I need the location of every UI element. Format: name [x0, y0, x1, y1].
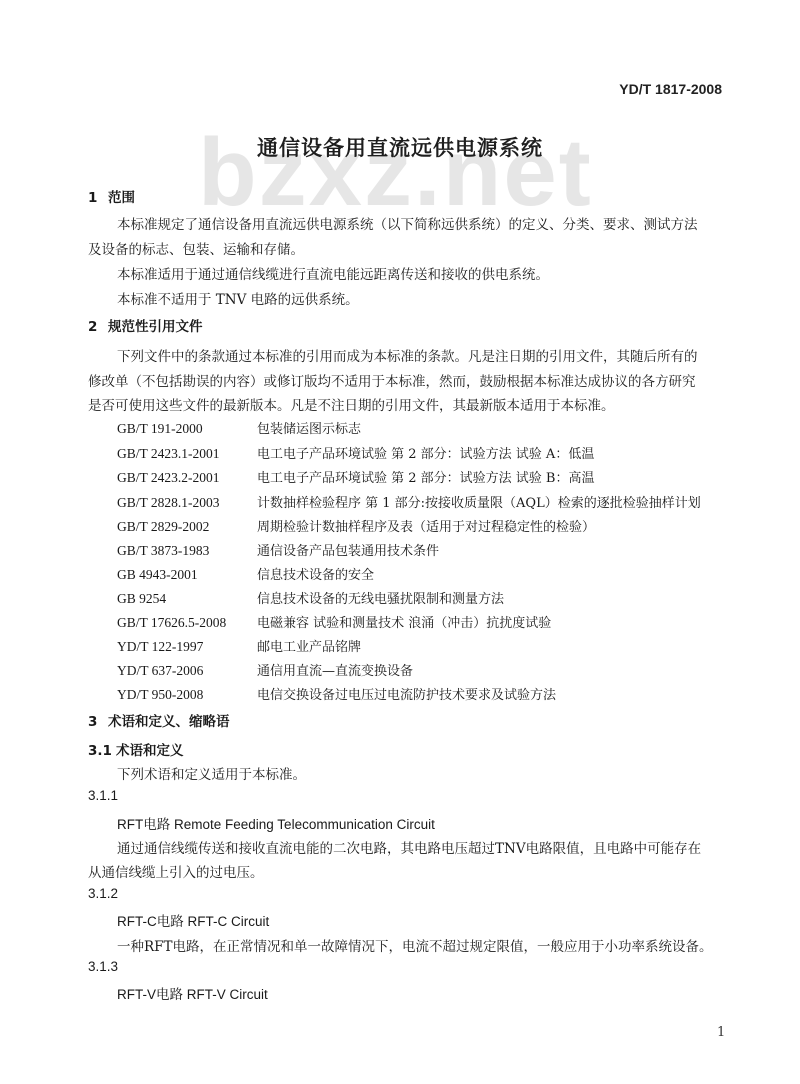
paragraph: 下列术语和定义适用于本标准。	[117, 763, 306, 783]
reference-row: GB/T 191-2000包装储运图示标志	[117, 418, 361, 437]
paragraph: 及设备的标志、包装、运输和存储。	[88, 238, 304, 258]
reference-code: YD/T 637-2006	[117, 663, 257, 679]
reference-code: GB/T 17626.5-2008	[117, 615, 257, 631]
reference-row: GB/T 17626.5-2008电磁兼容 试验和测量技术 浪涌（冲击）抗扰度试…	[117, 612, 551, 631]
reference-row: GB 9254信息技术设备的无线电骚扰限制和测量方法	[117, 588, 504, 607]
reference-row: GB/T 2423.2-2001电工电子产品环境试验 第 2 部分：试验方法 试…	[117, 467, 595, 486]
reference-title: 电信交换设备过电压过电流防护技术要求及试验方法	[257, 684, 556, 703]
section-2-heading: 2规范性引用文件	[88, 315, 203, 335]
reference-title: 周期检验计数抽样程序及表（适用于对过程稳定性的检验）	[257, 516, 595, 535]
paragraph: 下列文件中的条款通过本标准的引用而成为本标准的条款。凡是注日期的引用文件，其随后…	[117, 345, 698, 365]
reference-row: GB/T 2423.1-2001电工电子产品环境试验 第 2 部分：试验方法 试…	[117, 443, 594, 462]
reference-code: YD/T 122-1997	[117, 639, 257, 655]
term-definition: 一种RFT电路，在正常情况和单一故障情况下，电流不超过规定限值，一般应用于小功率…	[117, 935, 713, 955]
document-title: 通信设备用直流远供电源系统	[0, 132, 800, 162]
reference-row: GB 4943-2001信息技术设备的安全	[117, 564, 374, 583]
reference-row: GB/T 2829-2002周期检验计数抽样程序及表（适用于对过程稳定性的检验）	[117, 516, 595, 535]
document-page: YD/T 1817-2008 bzxz.net 通信设备用直流远供电源系统 1范…	[0, 0, 800, 1084]
standard-code: YD/T 1817-2008	[619, 81, 722, 97]
reference-code: GB/T 2423.1-2001	[117, 446, 257, 462]
section-3-1-heading: 3.1术语和定义	[88, 739, 184, 759]
paragraph: 本标准适用于通过通信线缆进行直流电能远距离传送和接收的供电系统。	[117, 263, 549, 283]
reference-title: 电磁兼容 试验和测量技术 浪涌（冲击）抗扰度试验	[257, 612, 551, 631]
reference-title: 信息技术设备的安全	[257, 564, 374, 583]
reference-row: YD/T 950-2008电信交换设备过电压过电流防护技术要求及试验方法	[117, 684, 556, 703]
reference-row: YD/T 122-1997邮电工业产品铭牌	[117, 636, 361, 655]
term-definition: 通过通信线缆传送和接收直流电能的二次电路，其电路电压超过TNV电路限值，且电路中…	[117, 837, 701, 857]
reference-title: 通信设备产品包装通用技术条件	[257, 540, 439, 559]
paragraph: 本标准规定了通信设备用直流远供电源系统（以下简称远供系统）的定义、分类、要求、测…	[117, 213, 698, 233]
reference-row: GB/T 2828.1-2003计数抽样检验程序 第 1 部分:按接收质量限（A…	[117, 492, 701, 511]
paragraph: 修改单（不包括勘误的内容）或修订版均不适用于本标准，然而，鼓励根据本标准达成协议…	[88, 370, 696, 390]
reference-code: GB 9254	[117, 591, 257, 607]
reference-title: 包装储运图示标志	[257, 418, 361, 437]
term-number: 3.1.2	[88, 886, 118, 901]
page-number: 1	[717, 1025, 725, 1040]
reference-code: GB 4943-2001	[117, 567, 257, 583]
reference-row: YD/T 637-2006通信用直流—直流变换设备	[117, 660, 413, 679]
reference-title: 邮电工业产品铭牌	[257, 636, 361, 655]
reference-code: GB/T 2828.1-2003	[117, 495, 257, 511]
reference-code: GB/T 3873-1983	[117, 543, 257, 559]
reference-code: GB/T 191-2000	[117, 421, 257, 437]
reference-title: 计数抽样检验程序 第 1 部分:按接收质量限（AQL）检索的逐批检验抽样计划	[257, 492, 701, 511]
term-number: 3.1.1	[88, 788, 118, 803]
reference-row: GB/T 3873-1983通信设备产品包装通用技术条件	[117, 540, 439, 559]
reference-title: 信息技术设备的无线电骚扰限制和测量方法	[257, 588, 504, 607]
reference-code: GB/T 2829-2002	[117, 519, 257, 535]
term-name: RFT-C电路 RFT-C Circuit	[117, 910, 269, 930]
reference-code: YD/T 950-2008	[117, 687, 257, 703]
section-3-heading: 3术语和定义、缩略语	[88, 710, 230, 730]
term-name: RFT-V电路 RFT-V Circuit	[117, 983, 268, 1003]
reference-title: 电工电子产品环境试验 第 2 部分：试验方法 试验 B：高温	[257, 467, 595, 486]
reference-title: 电工电子产品环境试验 第 2 部分：试验方法 试验 A：低温	[257, 443, 594, 462]
paragraph: 是否可使用这些文件的最新版本。凡是不注日期的引用文件，其最新版本适用于本标准。	[88, 394, 615, 414]
reference-code: GB/T 2423.2-2001	[117, 470, 257, 486]
term-definition: 从通信线缆上引入的过电压。	[88, 861, 264, 881]
term-name: RFT电路 Remote Feeding Telecommunication C…	[117, 813, 435, 833]
section-1-heading: 1范围	[88, 186, 135, 206]
term-number: 3.1.3	[88, 959, 118, 974]
paragraph: 本标准不适用于 TNV 电路的远供系统。	[117, 288, 359, 308]
reference-title: 通信用直流—直流变换设备	[257, 660, 413, 679]
